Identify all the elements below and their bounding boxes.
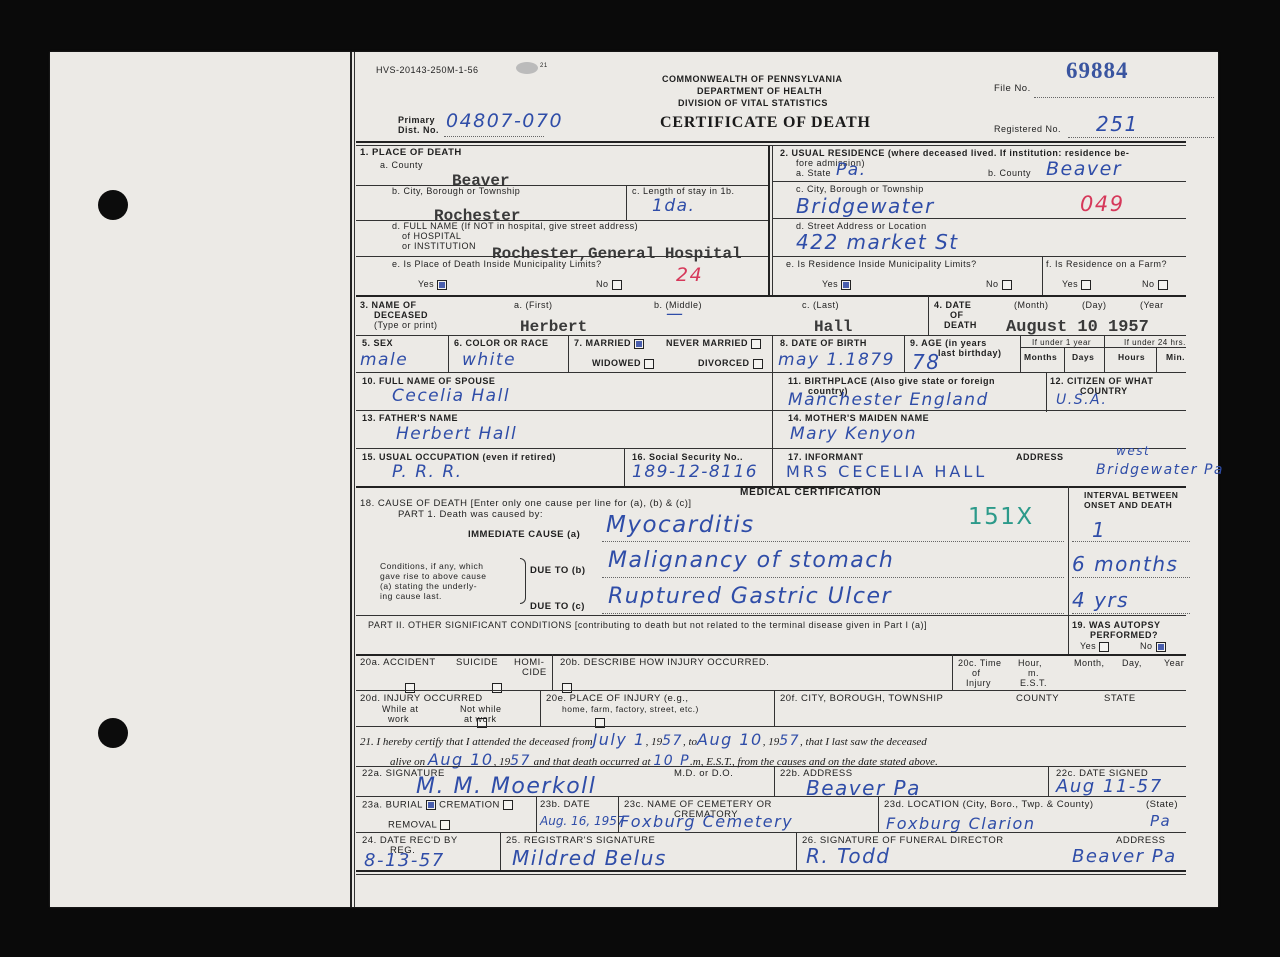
sex-value: male [360,350,408,370]
autopsy-yes[interactable]: Yes [1080,641,1109,652]
md-do-label: M.D. or D.O. [674,769,733,779]
dob-label: 8. DATE OF BIRTH [780,338,867,348]
cell-divider [1020,335,1021,373]
checkbox[interactable] [751,339,761,349]
primary-dist-line [444,135,544,137]
cell-divider [772,335,773,373]
binding-rule [350,52,352,907]
cell-divider [904,335,905,373]
length-stay-label: c. Length of stay in 1b. [632,186,735,196]
cell-divider [928,296,929,336]
interval-c-value: 4 yrs [1072,588,1129,612]
registered-number: 251 [1096,112,1139,136]
ssn-value: 189-12-8116 [632,462,758,482]
length-stay-value: 1da. [652,196,695,216]
punch-hole [98,190,128,220]
min-label: Min. [1166,352,1185,362]
age-value: 78 [912,350,940,374]
mother-label: 14. MOTHER'S MAIDEN NAME [788,413,929,423]
attended-from-year: 57 [662,733,683,749]
injury-county-label: COUNTY [1016,694,1059,704]
cell-divider [536,796,537,832]
residence-county-value: Beaver [1046,158,1122,180]
residence-code: 049 [1080,192,1125,216]
married-option[interactable]: 7. MARRIED [574,338,644,349]
burial-option[interactable]: 23a. BURIAL CREMATION [362,800,513,811]
binding-rule [354,52,355,907]
no-label: No [596,279,609,289]
month-label: Month, [1074,658,1105,668]
row-rule [356,766,1186,767]
cause-line [602,612,1064,614]
place-of-death-label: 1. PLACE OF DEATH [360,148,462,158]
first-name-value: Herbert [520,318,587,336]
cause-of-death-label: 18. CAUSE OF DEATH [Enter only one cause… [360,499,692,509]
conditions-label: Conditions, if any, which [380,561,484,571]
residence-state-value: Pa. [836,160,867,180]
attended-to-date: Aug 10 [697,730,763,749]
divorced-label: DIVORCED [698,358,750,368]
yes-label: Yes [822,279,838,289]
cell-divider [1156,347,1157,373]
cell-divider [448,335,449,373]
never-married-label: NEVER MARRIED [666,338,748,348]
cause-line [602,576,1064,578]
cell-divider [624,448,625,486]
header-rule [356,141,1186,143]
row-rule [356,796,1186,797]
birthplace-value: Manchester England [788,390,989,410]
mother-value: Mary Kenyon [790,424,917,444]
citizen-label: 12. CITIZEN OF WHAT [1050,376,1153,386]
removal-option[interactable]: REMOVAL [388,820,450,831]
column-divider [768,146,770,296]
homicide-label: CIDE [522,668,547,678]
not-at-work-label: Not while [460,704,502,714]
day-label: Day, [1122,658,1142,668]
cell-divider [552,654,553,690]
first-name-label: a. (First) [514,300,553,310]
union-bug-icon [516,62,538,74]
document-title: CERTIFICATE OF DEATH [660,114,871,132]
checkbox-checked[interactable] [437,280,447,290]
cause-line [602,540,1064,542]
funeral-director-signature: R. Todd [806,844,890,868]
day-label: (Day) [1082,300,1107,310]
row-rule [772,218,1186,219]
due-to-c-label: DUE TO (c) [530,602,585,612]
month-label: (Month) [1014,300,1049,310]
checkbox[interactable] [1002,280,1012,290]
suicide-checkbox[interactable] [492,683,502,693]
injury-occurred-label: 20d. INJURY OCCURRED [360,694,483,704]
row-rule [356,690,1186,691]
agency-line-1: COMMONWEALTH OF PENNSYLVANIA [662,74,843,84]
footer-rule [356,870,1186,872]
suicide-label: SUICIDE [456,658,498,668]
removal-label: REMOVAL [388,820,437,831]
inside-limits-yes[interactable]: Yes [418,279,447,290]
dob-value: may 1.1879 [778,350,895,370]
cell-divider [774,766,775,796]
cell-divider [952,654,953,690]
name-of-deceased-label: DECEASED [374,310,428,320]
not-at-work-label: at work [464,714,497,724]
year-label: (Year [1140,300,1164,310]
checkbox[interactable] [1081,280,1091,290]
checkbox[interactable] [1158,280,1168,290]
informant-label: 17. INFORMANT [788,452,864,462]
checkbox-checked[interactable] [426,800,436,810]
conditions-label: gave rise to above cause [380,571,487,581]
cemetery-location-label: 23d. LOCATION (City, Boro., Twp. & Count… [884,800,1093,810]
informant-address-value: west [1116,444,1150,458]
header-rule [356,145,1186,146]
form-code: HVS-20143-250M-1-56 [376,65,479,75]
hospital-label: or INSTITUTION [402,241,476,251]
file-no-label: File No. [994,84,1031,94]
residence-street-value: 422 market St [796,230,959,254]
interval-a-value: 1 [1092,518,1106,542]
age-label: last birthday) [938,348,1002,358]
checkbox[interactable] [612,280,622,290]
date-of-death-label: DEATH [944,320,977,330]
section-rule [356,654,1186,656]
place-of-injury-label: home, farm, factory, street, etc.) [562,704,699,714]
burial-date-value: Aug. 16, 1957 [540,814,625,828]
cell-divider [1104,335,1105,373]
date-received-value: 8-13-57 [364,850,445,871]
due-to-c-value: Ruptured Gastric Ulcer [608,584,892,609]
residence-limits-yes[interactable]: Yes [822,279,851,290]
usual-residence-label: 2. USUAL RESIDENCE (where deceased lived… [780,148,1129,158]
cell-divider [540,690,541,726]
cert-text: 21. I hereby certify that I attended the… [360,736,593,748]
race-value: white [462,350,516,370]
row-rule [356,372,1186,373]
cell-divider [568,335,569,373]
interval-label: ONSET AND DEATH [1084,500,1172,510]
cemetery-location-value: Foxburg Clarion [886,814,1035,833]
county-label: a. County [380,160,423,170]
registrar-label: 25. REGISTRAR'S SIGNATURE [506,836,655,846]
checkbox[interactable] [644,359,654,369]
injury-city-label: 20f. CITY, BOROUGH, TOWNSHIP [780,694,943,704]
citizen-value: U.S.A. [1056,392,1107,408]
occupation-value: P. R. R. [392,462,463,482]
accident-label: 20a. ACCIDENT [360,658,436,668]
ssn-label: 16. Social Security No.. [632,452,743,462]
city-label: c. City, Borough or Township [796,184,924,194]
widowed-option[interactable]: WIDOWED [592,358,654,369]
checkbox-checked[interactable] [1156,642,1166,652]
describe-injury-label: 20b. DESCRIBE HOW INJURY OCCURRED. [560,658,769,668]
county-label: b. County [988,168,1031,178]
cert-text: , 19 [763,736,780,748]
cemetery-state-label: (State) [1146,800,1178,810]
date-of-death-label: OF [950,310,964,320]
spouse-value: Cecelia Hall [392,386,510,406]
death-certificate-form: HVS-20143-250M-1-56 21 COMMONWEALTH OF P… [356,52,1218,907]
state-label: a. State [796,168,831,178]
dist-no-label: Dist. No. [398,125,439,135]
binding-stub [50,52,350,907]
days-label: Days [1072,352,1094,362]
attended-from-date: July 1 [593,730,646,749]
part2-label: PART II. OTHER SIGNIFICANT CONDITIONS [c… [368,620,927,630]
cert-text: , to [683,736,697,748]
agency-line-2: DEPARTMENT OF HEALTH [697,86,822,96]
widowed-label: WIDOWED [592,358,641,368]
cert-text: , 19 [646,736,663,748]
certification-line-1: 21. I hereby certify that I attended the… [360,730,927,749]
row-rule [1020,347,1186,348]
burial-label: 23a. BURIAL [362,800,423,811]
while-at-work-label: While at [382,704,419,714]
registrar-signature: Mildred Belus [512,846,667,870]
checkbox[interactable] [440,820,450,830]
hour-label: m. [1028,668,1039,678]
cell-divider [772,372,773,412]
place-of-injury-label: 20e. PLACE OF INJURY (e.g., [546,694,689,704]
immediate-cause-value: Myocarditis [606,512,755,538]
autopsy-label: PERFORMED? [1090,630,1158,640]
conditions-label: (a) stating the underly- [380,581,477,591]
burial-date-label: 23b. DATE [540,800,590,810]
year-label: Year [1164,658,1184,668]
file-no-line [1034,96,1214,98]
yes-label: Yes [1080,641,1096,651]
inside-limits-label: e. Is Place of Death Inside Municipality… [392,259,602,269]
farm-no[interactable]: No [1142,279,1168,290]
cert-text: , that I last saw the deceased [800,736,927,748]
never-married-option[interactable]: NEVER MARRIED [666,338,761,349]
hours-label: Hours [1118,352,1145,362]
cemetery-value: Foxburg Cemetery [620,812,793,831]
name-of-deceased-label: 3. NAME OF [360,300,417,310]
informant-address-value: Bridgewater Pa [1096,462,1224,478]
informant-address-label: ADDRESS [1016,452,1064,462]
bracket [520,558,526,604]
cell-divider [1042,256,1043,296]
spouse-label: 10. FULL NAME OF SPOUSE [362,376,495,386]
immediate-cause-label: IMMEDIATE CAUSE (a) [468,530,580,540]
union-bug-number: 21 [540,61,548,71]
autopsy-no[interactable]: No [1140,641,1166,652]
cell-divider [772,448,773,486]
row-rule [356,832,1186,833]
row-rule [356,410,1186,411]
while-at-work-label: work [388,714,409,724]
cell-divider [772,410,773,448]
residence-limits-label: e. Is Residence Inside Municipality Limi… [786,259,977,269]
primary-label: Primary [398,115,435,125]
inside-limits-no[interactable]: No [596,279,622,290]
married-label: 7. MARRIED [574,338,631,348]
primary-dist-no: 04807-070 [446,110,563,132]
hour-label: E.S.T. [1020,678,1047,688]
death-place-code: 24 [676,264,703,286]
row-rule [356,615,1186,616]
cell-divider [1046,372,1047,412]
time-of-injury-label: of [972,668,981,678]
hospital-label: d. FULL NAME (If NOT in hospital, give s… [392,221,638,231]
funeral-address-label: ADDRESS [1116,836,1165,846]
cemetery-state-value: Pa [1150,812,1171,830]
cell-divider [774,690,775,726]
age-label: 9. AGE (in years [910,338,987,348]
cell-divider [626,185,627,221]
homicide-checkbox[interactable] [562,683,572,693]
no-label: No [1142,279,1155,289]
row-rule [772,256,1186,257]
last-name-label: c. (Last) [802,300,839,310]
checkbox[interactable] [753,359,763,369]
farm-label: f. Is Residence on a Farm? [1046,259,1167,269]
father-label: 13. FATHER'S NAME [362,413,458,423]
file-number: 69884 [1066,58,1129,84]
interval-line [1072,540,1190,542]
hospital-label: of HOSPITAL [402,231,461,241]
conditions-label: ing cause last. [380,591,442,601]
column-divider [772,146,773,296]
informant-value: MRS CECELIA HALL [786,462,987,481]
accident-checkbox[interactable] [405,683,415,693]
punch-hole [98,718,128,748]
checkbox-checked[interactable] [634,339,644,349]
residence-city-value: Bridgewater [796,194,935,218]
yes-label: Yes [418,279,434,289]
hour-label: Hour, [1018,658,1042,668]
name-of-deceased-label: (Type or print) [374,320,438,330]
time-of-injury-label: 20c. Time [958,658,1002,668]
row-rule [772,181,1186,182]
checkbox-checked[interactable] [841,280,851,290]
interval-line [1072,576,1190,578]
row-rule [356,335,1186,336]
cell-divider [500,832,501,870]
cell-divider [796,832,797,870]
cremation-label: CREMATION [439,800,500,811]
cell-divider [1048,766,1049,796]
checkbox[interactable] [503,800,513,810]
due-to-b-value: Malignancy of stomach [608,548,894,573]
residence-limits-no[interactable]: No [986,279,1012,290]
row-rule [356,256,768,257]
date-signed-value: Aug 11-57 [1056,776,1163,797]
birthplace-label: 11. BIRTHPLACE (Also give state or forei… [788,376,995,386]
farm-yes[interactable]: Yes [1062,279,1091,290]
father-value: Herbert Hall [396,424,517,444]
interval-line [1072,612,1190,614]
section-rule [356,295,1186,297]
last-name-value: Hall [814,318,852,336]
occupation-label: 15. USUAL OCCUPATION (even if retired) [362,452,556,462]
registered-no-line [1068,136,1214,138]
interval-b-value: 6 months [1072,552,1178,576]
cell-divider [618,796,619,832]
no-label: No [986,279,999,289]
sex-label: 5. SEX [362,338,393,348]
yes-label: Yes [1062,279,1078,289]
medical-certification-heading: MEDICAL CERTIFICATION [740,488,881,498]
footer-rule [356,874,1186,875]
cell-divider [1068,486,1069,656]
funeral-address-value: Beaver Pa [1072,846,1177,867]
interval-label: INTERVAL BETWEEN [1084,490,1178,500]
autopsy-label: 19. WAS AUTOPSY [1072,620,1161,630]
agency-line-3: DIVISION OF VITAL STATISTICS [678,98,828,108]
race-label: 6. COLOR OR RACE [454,338,549,348]
cell-divider [878,796,879,832]
no-label: No [1140,641,1153,651]
certificate-page: HVS-20143-250M-1-56 21 COMMONWEALTH OF P… [50,52,1218,907]
row-rule [356,726,1186,727]
attended-to-year: 57 [779,733,800,749]
registered-no-label: Registered No. [994,124,1061,134]
city-label: b. City, Borough or Township [392,186,520,196]
checkbox[interactable] [1099,642,1109,652]
middle-name-value: — [666,304,685,324]
row-rule [356,448,1186,449]
due-to-b-label: DUE TO (b) [530,566,586,576]
months-label: Months [1024,352,1057,362]
cell-divider [1064,347,1065,373]
injury-state-label: STATE [1104,694,1136,704]
date-of-death-label: 4. DATE [934,300,971,310]
divorced-option[interactable]: DIVORCED [698,358,763,369]
time-of-injury-label: Injury [966,678,991,688]
part1-label: PART 1. Death was caused by: [398,510,543,520]
cause-code: 151X [968,504,1034,530]
